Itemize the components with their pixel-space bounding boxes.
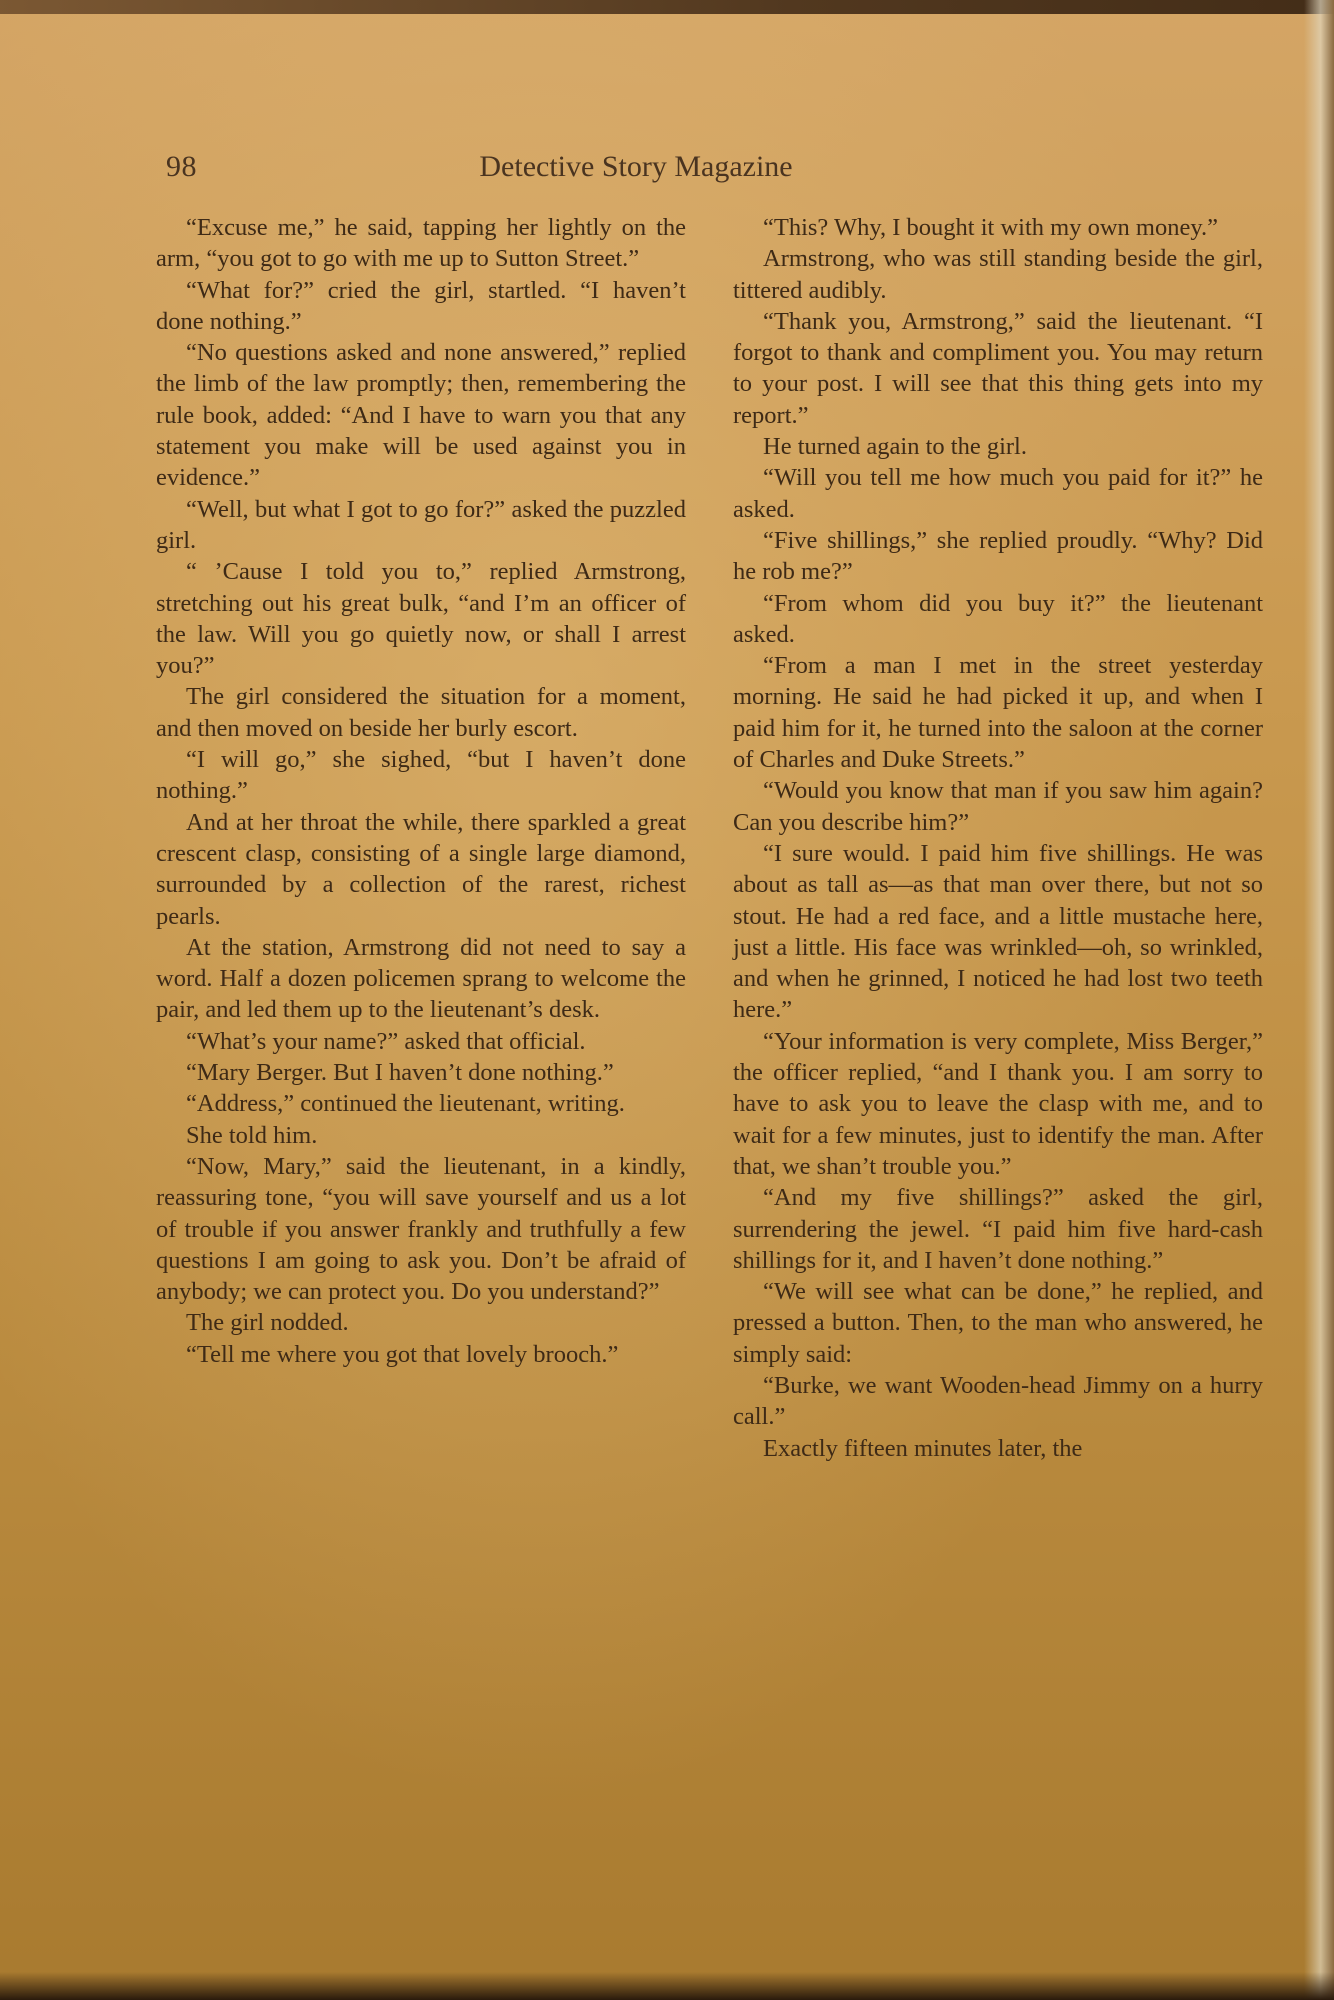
- paragraph: He turned again to the girl.: [733, 431, 1263, 462]
- paragraph: “ ’Cause I told you to,” replied Arm­str…: [156, 556, 686, 681]
- paragraph: The girl considered the situation for a …: [156, 681, 686, 744]
- paragraph: “Mary Berger. But I haven’t done nothing…: [156, 1057, 686, 1088]
- paragraph: “Well, but what I got to go for?” asked …: [156, 494, 686, 557]
- paragraph: At the station, Armstrong did not need t…: [156, 932, 686, 1026]
- right-column: “This? Why, I bought it with my own mone…: [733, 212, 1263, 1464]
- paragraph: “Would you know that man if you saw him …: [733, 775, 1263, 838]
- paragraph: “I will go,” she sighed, “but I haven’t …: [156, 744, 686, 807]
- paragraph: “What’s your name?” asked that of­ficial…: [156, 1026, 686, 1057]
- paragraph: “I sure would. I paid him five shil­ling…: [733, 838, 1263, 1026]
- paragraph: “Your information is very complete, Miss…: [733, 1026, 1263, 1182]
- paragraph: “Thank you, Armstrong,” said the lieuten…: [733, 306, 1263, 431]
- page-edge: [1304, 0, 1334, 2000]
- paragraph: “What for?” cried the girl, startled. “I…: [156, 275, 686, 338]
- paragraph: And at her throat the while, there spark…: [156, 807, 686, 932]
- paragraph: She told him.: [156, 1120, 686, 1151]
- paragraph: “Address,” continued the lieutenant, wri…: [156, 1088, 686, 1119]
- paragraph: Armstrong, who was still standing beside…: [733, 243, 1263, 306]
- paragraph: “This? Why, I bought it with my own mone…: [733, 212, 1263, 243]
- paragraph: “From whom did you buy it?” the lieutena…: [733, 588, 1263, 651]
- running-title: Detective Story Magazine: [166, 150, 1106, 184]
- paragraph: “Five shillings,” she replied proudly. “…: [733, 525, 1263, 588]
- magazine-page: 98 Detective Story Magazine “Excuse me,”…: [0, 0, 1334, 2000]
- paragraph: “From a man I met in the street yes­terd…: [733, 650, 1263, 775]
- paragraph: “We will see what can be done,” he repli…: [733, 1276, 1263, 1370]
- paragraph: “Burke, we want Wooden-head Jimmy on a h…: [733, 1370, 1263, 1433]
- paragraph: Exactly fifteen minutes later, the: [733, 1433, 1263, 1464]
- paragraph: “And my five shillings?” asked the girl,…: [733, 1182, 1263, 1276]
- paragraph: “No questions asked and none an­swered,”…: [156, 337, 686, 493]
- page-header: 98 Detective Story Magazine: [166, 150, 1256, 194]
- paragraph: “Will you tell me how much you paid for …: [733, 462, 1263, 525]
- paragraph: “Tell me where you got that lovely brooc…: [156, 1339, 686, 1370]
- paragraph: “Now, Mary,” said the lieutenant, in a k…: [156, 1151, 686, 1307]
- paragraph: The girl nodded.: [156, 1307, 686, 1338]
- paragraph: “Excuse me,” he said, tapping her lightl…: [156, 212, 686, 275]
- left-column: “Excuse me,” he said, tapping her lightl…: [156, 212, 686, 1370]
